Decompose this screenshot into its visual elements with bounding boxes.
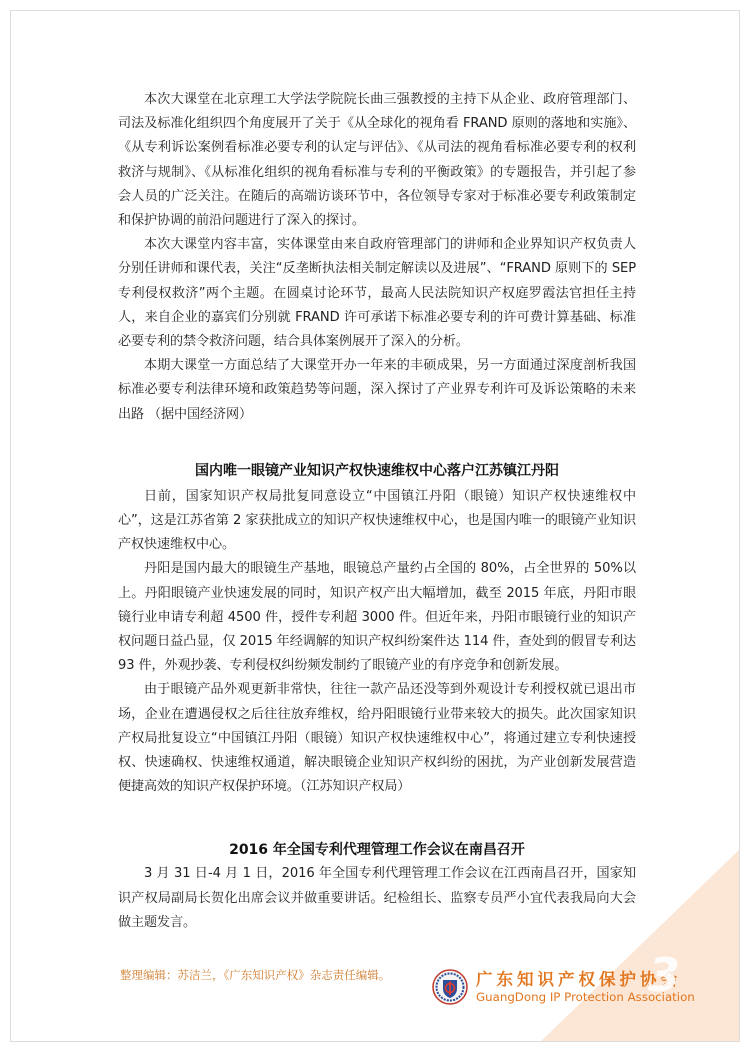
article3-title: 2016 年全国专利代理管理工作会议在南昌召开 xyxy=(118,838,636,862)
article2-paragraph-1: 日前，国家知识产权局批复同意设立“中国镇江丹阳（眼镜）知识产权快速维权中心”，这… xyxy=(118,485,636,558)
article1-paragraph-3: 本期大课堂一方面总结了大课堂开办一年来的丰硕成果，另一方面通过深度剖析我国标准必… xyxy=(118,354,636,427)
article-content: 本次大课堂在北京理工大学法学院院长曲三强教授的主持下从企业、政府管理部门、司法及… xyxy=(118,88,636,935)
article1-paragraph-2: 本次大课堂内容丰富，实体课堂由来自政府管理部门的讲师和企业界知识产权负责人分别任… xyxy=(118,233,636,354)
article3-paragraph-1: 3 月 31 日-4 月 1 日，2016 年全国专利代理管理工作会议在江西南昌… xyxy=(118,862,636,935)
page-number: 3 xyxy=(648,948,680,1002)
article1-paragraph-1: 本次大课堂在北京理工大学法学院院长曲三强教授的主持下从企业、政府管理部门、司法及… xyxy=(118,88,636,233)
article2-paragraph-3: 由于眼镜产品外观更新非常快，往往一款产品还没等到外观设计专利授权就已退出市场，企… xyxy=(118,678,636,799)
association-emblem-icon xyxy=(432,969,468,1005)
article2-title: 国内唯一眼镜产业知识产权快速维权中心落户江苏镇江丹阳 xyxy=(118,459,636,483)
article2-paragraph-2: 丹阳是国内最大的眼镜生产基地，眼镜总产量约占全国的 80%，占全世界的 50%以… xyxy=(118,557,636,678)
editor-credit: 整理编辑：苏洁兰，《广东知识产权》杂志责任编辑。 xyxy=(120,967,390,983)
